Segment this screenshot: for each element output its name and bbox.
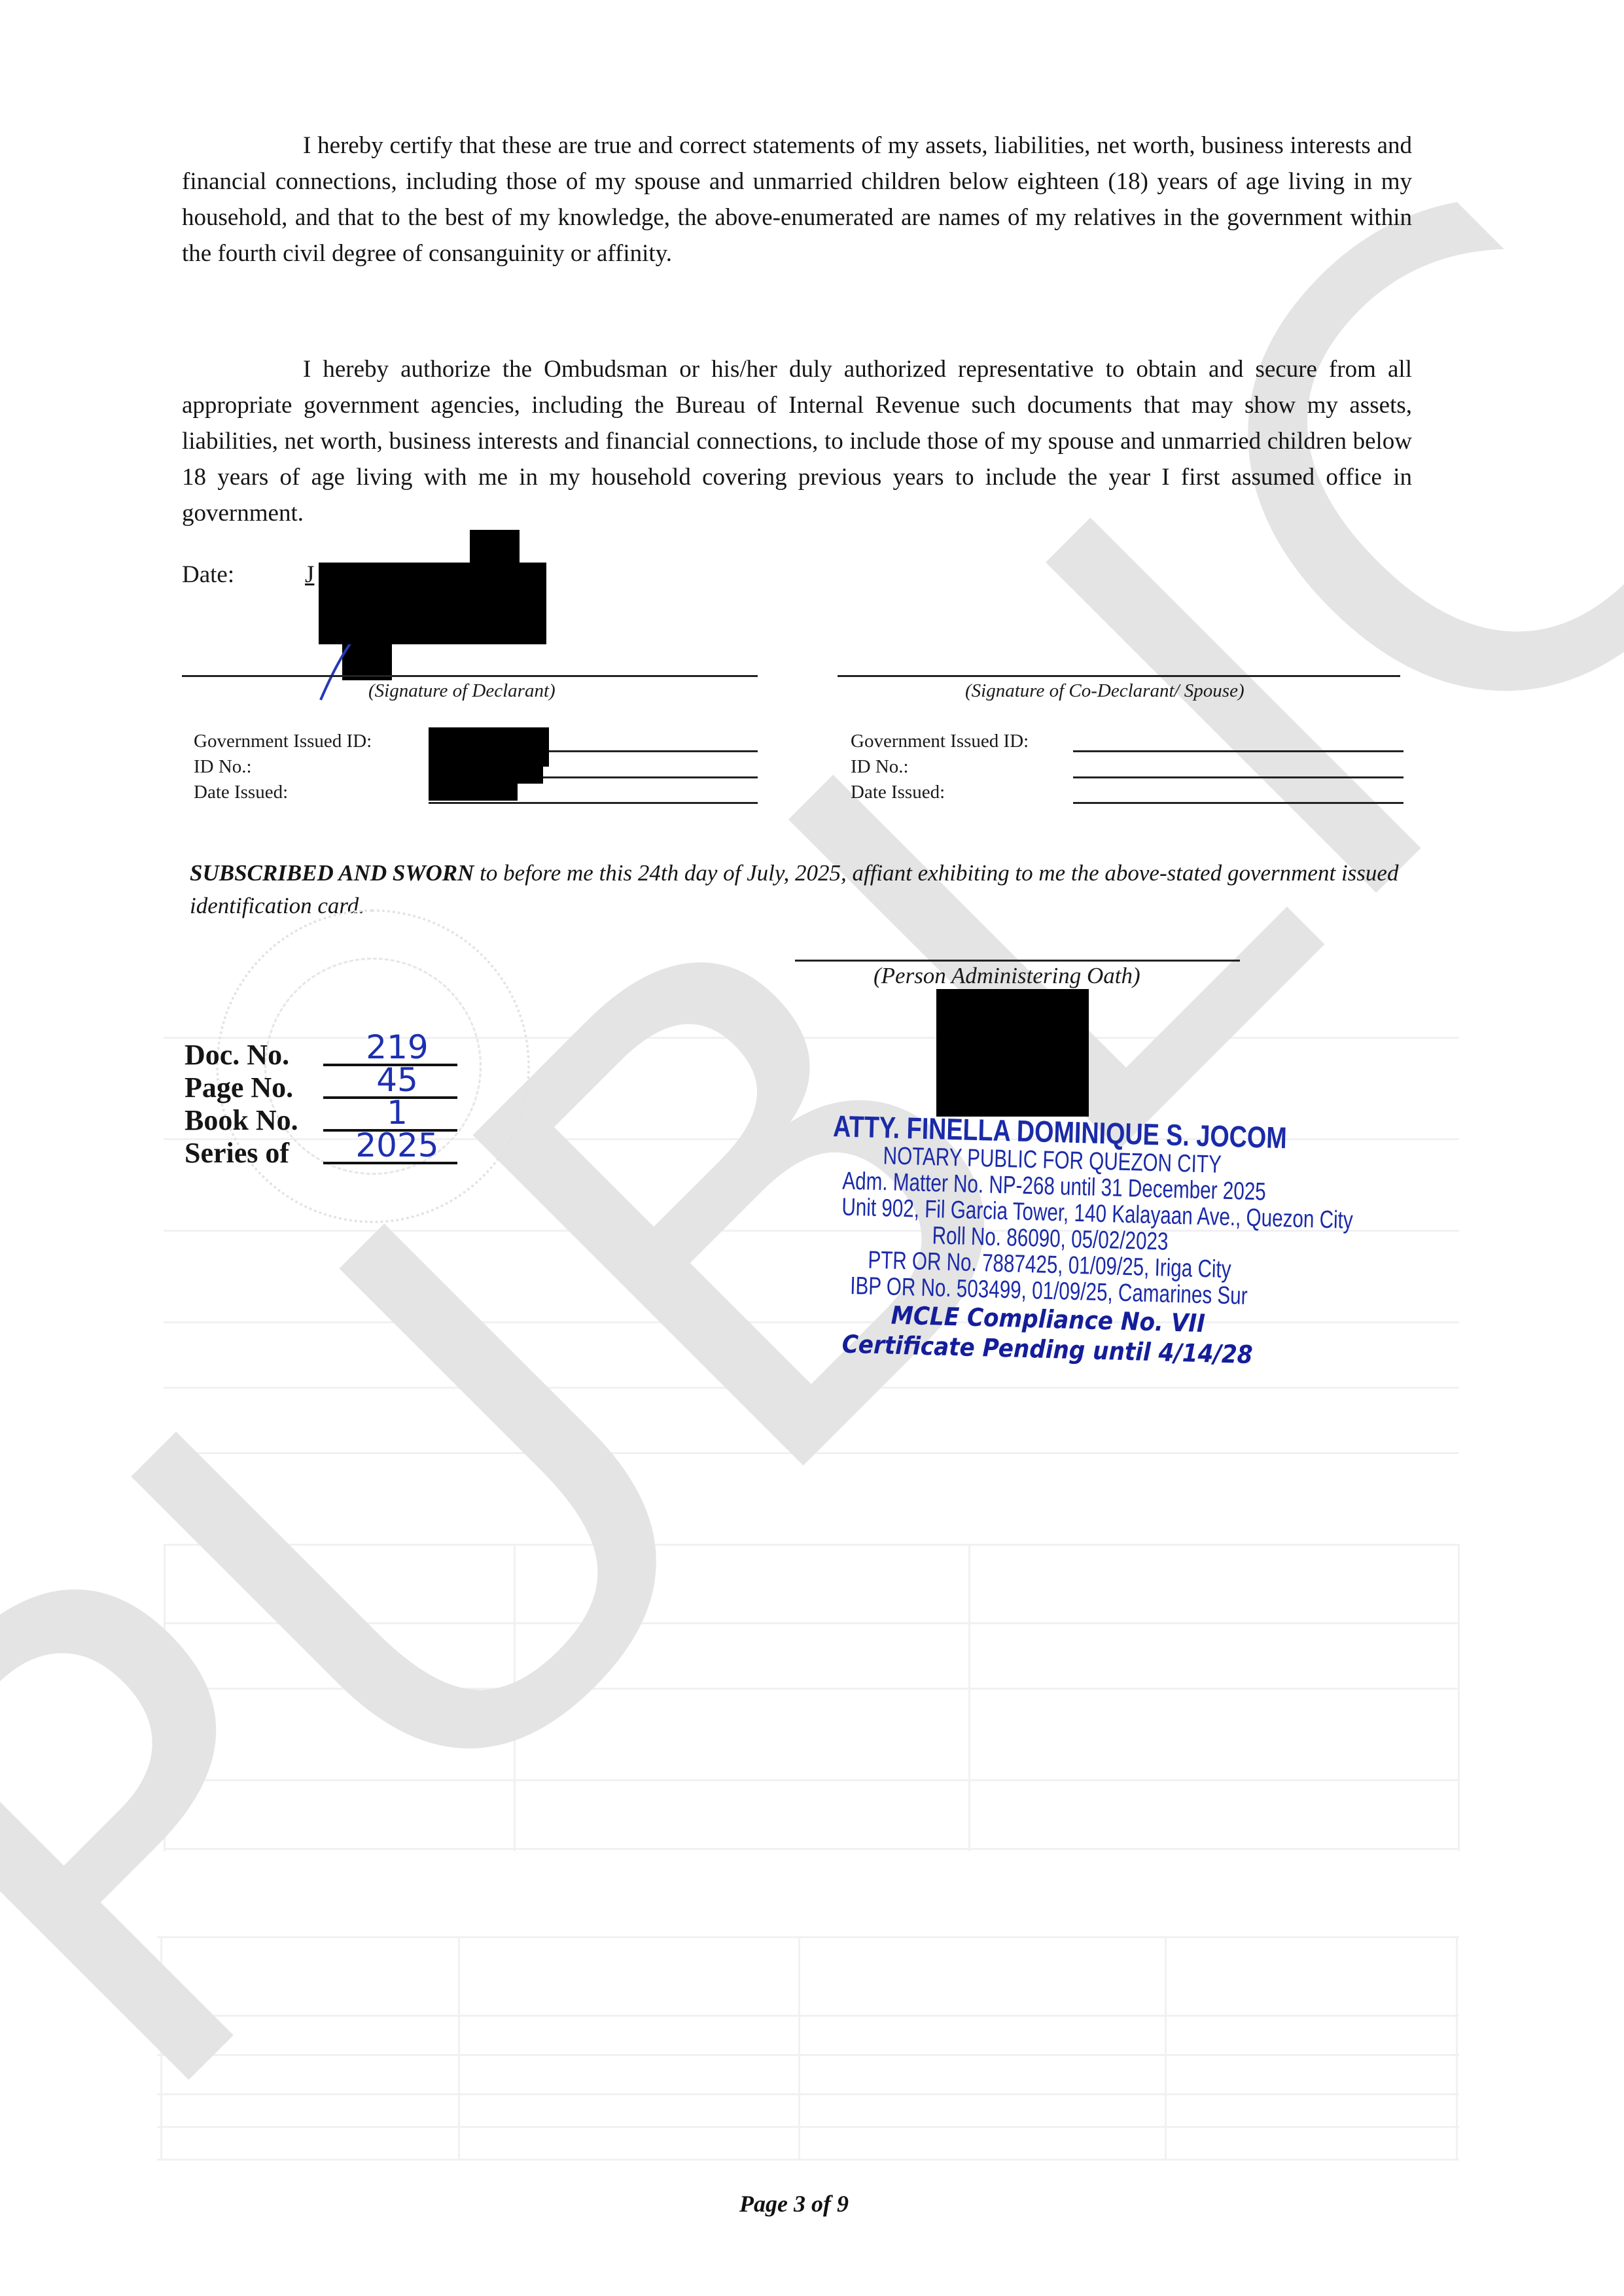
- declarant-id-labels: Government Issued ID: ID No.: Date Issue…: [194, 729, 372, 805]
- page-number: Page 3 of 9: [739, 2190, 849, 2218]
- doc-no-row: Doc. No. 219: [185, 1039, 322, 1071]
- id-no-label: ID No.:: [851, 754, 1029, 780]
- date-value: J: [305, 561, 314, 589]
- series-row: Series of 2025: [185, 1137, 322, 1170]
- certification-paragraph: I hereby certify that these are true and…: [182, 128, 1412, 271]
- document-content: I hereby certify that these are true and…: [0, 0, 1624, 2296]
- gov-id-label: Government Issued ID:: [194, 729, 372, 754]
- gov-id-label: Government Issued ID:: [851, 729, 1029, 754]
- declarant-signature-caption: (Signature of Declarant): [368, 680, 556, 702]
- book-no-row: Book No. 1: [185, 1104, 322, 1137]
- page-no-row: Page No. 45: [185, 1071, 322, 1104]
- notarial-register: Doc. No. 219 Page No. 45 Book No. 1 Seri…: [185, 1039, 322, 1170]
- redaction-box: [429, 782, 518, 801]
- book-no-value: 1: [348, 1096, 446, 1129]
- co-declarant-gov-id-line: [1073, 750, 1403, 752]
- date-label: Date:: [182, 561, 234, 589]
- co-declarant-id-no-line: [1073, 776, 1403, 778]
- oath-signature-line: [795, 960, 1240, 962]
- declarant-signature-line: [182, 675, 758, 677]
- redaction-box: [429, 727, 549, 767]
- oath-caption: (Person Administering Oath): [874, 963, 1140, 989]
- co-declarant-date-issued-line: [1073, 802, 1403, 804]
- authorization-paragraph: I hereby authorize the Ombudsman or his/…: [182, 351, 1412, 531]
- id-no-label: ID No.:: [194, 754, 372, 780]
- declarant-date-issued-line: [429, 802, 758, 804]
- co-declarant-signature-caption: (Signature of Co-Declarant/ Spouse): [965, 680, 1244, 702]
- document-page: PUBLIC I hereby certify that these are t…: [0, 0, 1624, 2296]
- redaction-box: [936, 989, 1089, 1117]
- co-declarant-id-labels: Government Issued ID: ID No.: Date Issue…: [851, 729, 1029, 805]
- series-value: 2025: [348, 1129, 446, 1162]
- notary-stamp: ATTY. FINELLA DOMINIQUE S. JOCOM NOTARY …: [779, 1109, 1322, 1371]
- co-declarant-signature-line: [838, 675, 1400, 677]
- page-no-value: 45: [348, 1064, 446, 1096]
- doc-no-value: 219: [348, 1031, 446, 1064]
- date-issued-label: Date Issued:: [194, 780, 372, 805]
- date-issued-label: Date Issued:: [851, 780, 1029, 805]
- redaction-box: [319, 563, 546, 644]
- jurat-lead: SUBSCRIBED AND SWORN: [190, 860, 474, 886]
- redaction-box: [429, 765, 543, 784]
